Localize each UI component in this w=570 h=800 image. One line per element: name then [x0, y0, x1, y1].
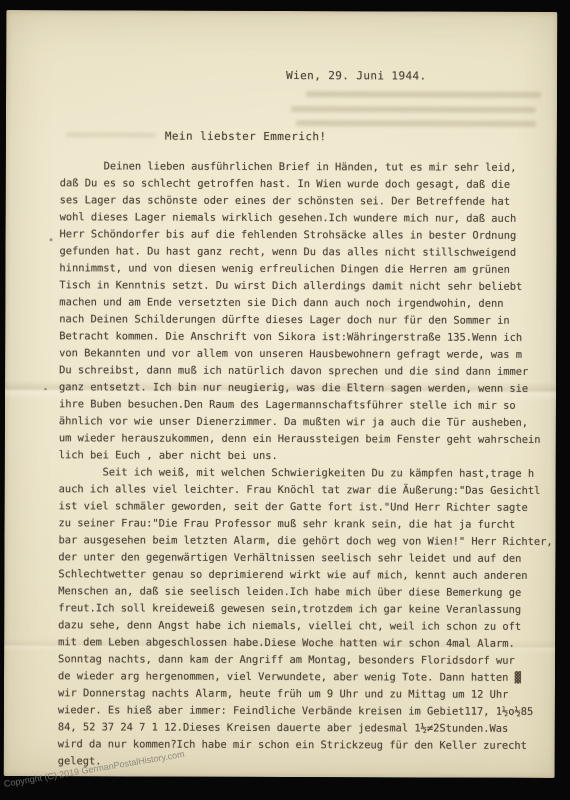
letter-paper: Wien, 29. Juni 1944. Mein liebster Emmer… — [4, 10, 558, 778]
bleed-through-smudge — [296, 120, 536, 127]
letter-line: ähnlich vor wie unser Dienerzimmer. Da m… — [59, 413, 553, 432]
letter-line: Du schreibst, dann muß ich natürlich dav… — [59, 362, 553, 381]
letter-dateline: Wien, 29. Juni 1944. — [286, 69, 426, 82]
letter-line: wieder. Es hieß aber immer: Feindliche V… — [58, 702, 552, 721]
letter-line: 84, 52 37 24 7 1 12.Dieses Kreisen dauer… — [58, 719, 552, 738]
letter-line: Seit ich weiß, mit welchen Schwierigkeit… — [59, 464, 553, 483]
letter-line: um wieder herauszukommen, denn ein Herau… — [59, 430, 553, 449]
letter-line: Deinen lieben ausführlichen Brief in Hän… — [60, 158, 554, 177]
letter-line: hinnimmst, und von diesen wenig erfreuli… — [59, 260, 553, 279]
letter-line: ganz entsetzt. Ich bin nur neugierig, wa… — [59, 379, 553, 398]
letter-line: daß Du es so schlecht getroffen hast. In… — [60, 175, 554, 194]
letter-line: nach Deinen Schilderungen dürfte dieses … — [59, 311, 553, 330]
letter-line: Menschen an, daß sie seelisch leiden.Ich… — [58, 583, 552, 602]
letter-line: der unter den gegenwärtigen Verhältnisse… — [58, 549, 552, 568]
letter-line: auch ich alles viel leichter. Frau Knöch… — [59, 481, 553, 500]
letter-line: de wieder arg hergenommen, viel Verwunde… — [58, 668, 552, 687]
letter-line: ses Lager das schönste oder eines der sc… — [60, 192, 554, 211]
letter-line: Schlechtwetter genau so deprimierend wir… — [58, 566, 552, 585]
letter-line: von Bekannten und vor allem von unseren … — [59, 345, 553, 364]
letter-line: Betracht kommen. Die Anschrift von Sikor… — [59, 328, 553, 347]
letter-line: zu seiner Frau:"Die Frau Professor muß s… — [59, 515, 553, 534]
letter-line: freut.Ich soll kreideweiß gewesen sein,t… — [58, 600, 552, 619]
letter-line: mit dem Leben abgeschlossen habe.Diese W… — [58, 634, 552, 653]
bleed-through-smudge — [66, 132, 156, 137]
letter-line: bar ausgesehen beim letzten Alarm, die g… — [58, 532, 552, 551]
bleed-through-smudge — [306, 91, 541, 98]
bleed-through-smudge — [291, 106, 536, 113]
paper-speck — [44, 388, 47, 390]
scan-black-border: Wien, 29. Juni 1944. Mein liebster Emmer… — [0, 0, 570, 800]
letter-line: lich bei Euch , aber nicht bei uns. — [59, 447, 553, 466]
letter-line: wohl dieses Lager niemals wirklich geseh… — [60, 209, 554, 228]
letter-line: wird da nur kommen?Ich habe mir schon ei… — [58, 736, 552, 755]
letter-body: Deinen lieben ausführlichen Brief in Hän… — [58, 158, 554, 772]
letter-line: ist viel schmäler geworden, seit der Gat… — [59, 498, 553, 517]
letter-line: ihre Buben besuchen.Den Raum des Lagerma… — [59, 396, 553, 415]
letter-salutation: Mein liebster Emmerich! — [165, 130, 327, 144]
letter-line: Sonntag nachts, dann kam der Angriff am … — [58, 651, 552, 670]
letter-line: wir Donnerstag nachts Alarm, heute früh … — [58, 685, 552, 704]
letter-line: Herr Schöndorfer bis auf die fehlenden S… — [60, 226, 554, 245]
letter-line: gefunden hat. Du hast ganz recht, wenn D… — [59, 243, 553, 262]
paper-speck — [50, 238, 53, 241]
letter-line: dazu sehe, denn Angst habe ich niemals, … — [58, 617, 552, 636]
letter-line: machen und am Ende versetzten sie Dich d… — [59, 294, 553, 313]
letter-line: Tisch in Kenntnis setzt. Du wirst Dich a… — [59, 277, 553, 296]
